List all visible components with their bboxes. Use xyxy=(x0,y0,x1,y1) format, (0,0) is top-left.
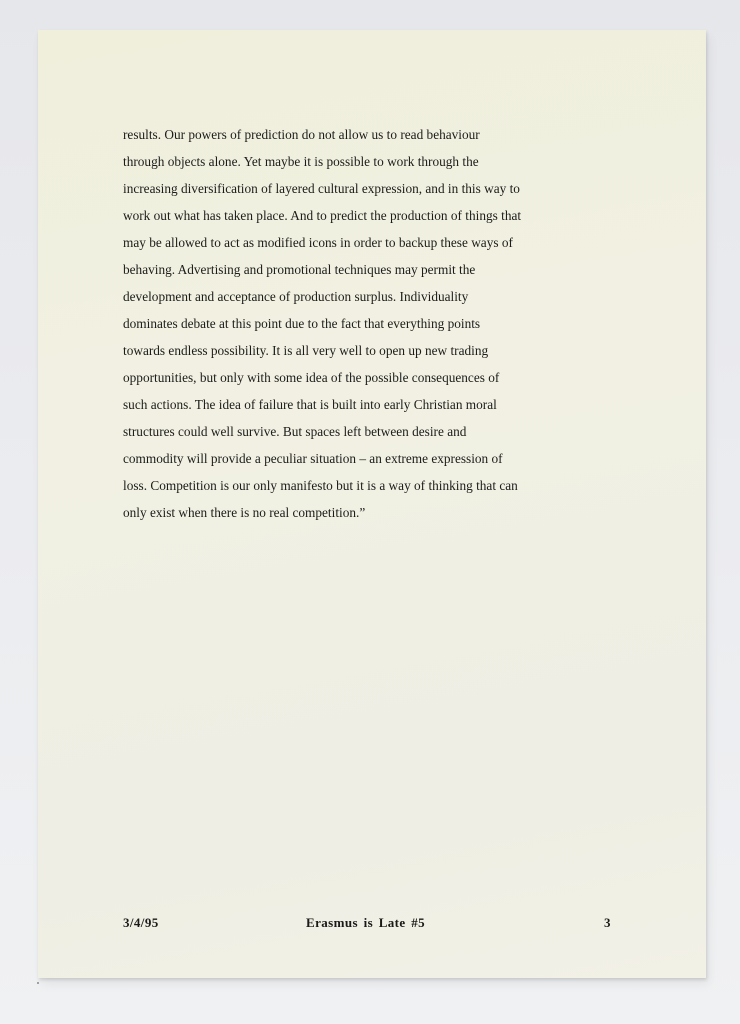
text-line: loss. Competition is our only manifesto … xyxy=(123,472,563,499)
footer-date: 3/4/95 xyxy=(123,915,159,931)
text-line: through objects alone. Yet maybe it is p… xyxy=(123,148,563,175)
page-footer: 3/4/95 Erasmus is Late #5 3 xyxy=(123,915,613,935)
paper-sheet: results. Our powers of prediction do not… xyxy=(38,30,706,978)
footer-title: Erasmus is Late #5 xyxy=(306,915,425,931)
body-text: results. Our powers of prediction do not… xyxy=(123,121,563,526)
text-line: such actions. The idea of failure that i… xyxy=(123,391,563,418)
text-line: commodity will provide a peculiar situat… xyxy=(123,445,563,472)
text-line: opportunities, but only with some idea o… xyxy=(123,364,563,391)
text-line: dominates debate at this point due to th… xyxy=(123,310,563,337)
text-line: behaving. Advertising and promotional te… xyxy=(123,256,563,283)
text-line: only exist when there is no real competi… xyxy=(123,499,563,526)
text-line: structures could well survive. But space… xyxy=(123,418,563,445)
text-line: development and acceptance of production… xyxy=(123,283,563,310)
dust-speck xyxy=(37,982,39,984)
text-line: increasing diversification of layered cu… xyxy=(123,175,563,202)
text-line: results. Our powers of prediction do not… xyxy=(123,121,563,148)
text-line: work out what has taken place. And to pr… xyxy=(123,202,563,229)
text-line: may be allowed to act as modified icons … xyxy=(123,229,563,256)
text-line: towards endless possibility. It is all v… xyxy=(123,337,563,364)
page-number: 3 xyxy=(604,915,611,931)
